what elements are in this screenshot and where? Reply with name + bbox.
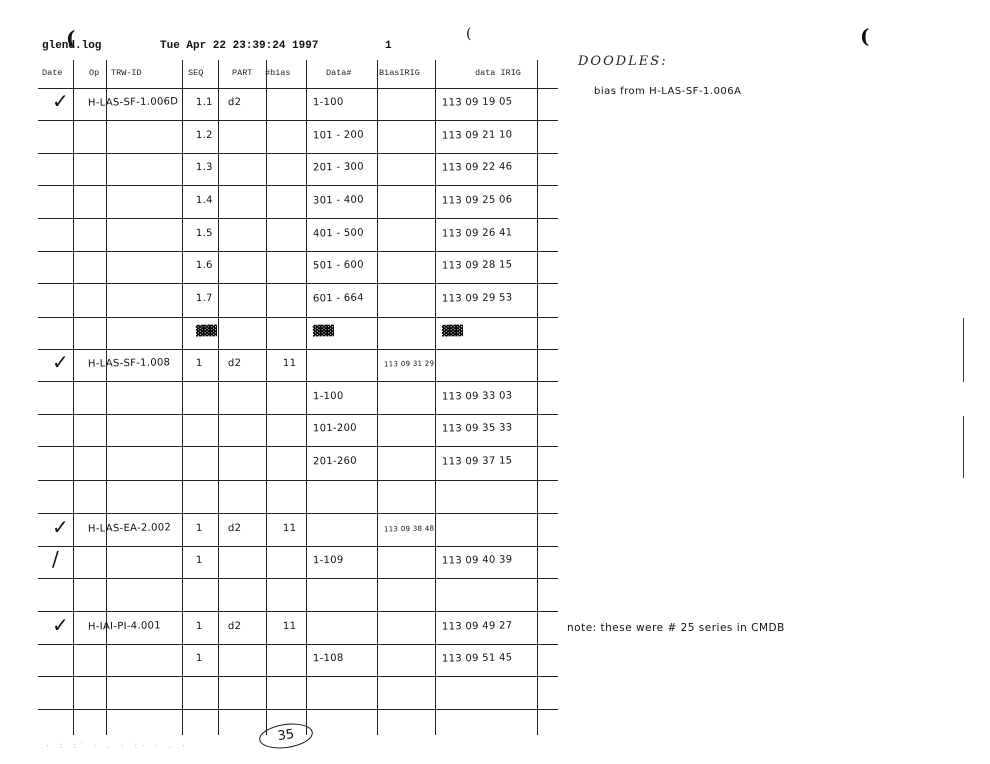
cell-data-irig: 113 09 40 39 (442, 554, 513, 566)
grid-column-line (435, 60, 436, 735)
grid-row-line (38, 88, 558, 89)
punch-hole-mark: ( (466, 26, 471, 42)
cell-data-irig: 113 09 25 06 (442, 194, 513, 206)
col-trw-id: TRW-ID (111, 68, 142, 78)
grid-row-line (38, 349, 558, 350)
cell-bias: 11 (283, 522, 297, 533)
cell-bias: 11 (283, 358, 297, 369)
cell-data: 1-108 (313, 653, 344, 665)
cell-trw-id: H-LAS-EA-2.002 (88, 522, 171, 534)
cell-data: 1-109 (313, 555, 344, 567)
cell-seq: 1 (196, 653, 203, 664)
col-bias-count: #bias (265, 68, 291, 78)
cell-seq: 1.4 (196, 194, 213, 205)
grid-row-line (38, 120, 558, 121)
cell-seq: ▓▓▓ (196, 326, 216, 337)
cell-seq: 1 (196, 522, 203, 533)
cell-data: ▓▓▓ (313, 326, 333, 337)
col-part: PART (232, 68, 252, 78)
grid-row-line (38, 218, 558, 219)
grid-column-line (306, 60, 307, 735)
log-header: glend.log Tue Apr 22 23:39:24 1997 1 (42, 40, 55, 88)
grid-row-line (38, 709, 558, 710)
grid-column-line (182, 60, 183, 735)
cell-data: 101-200 (313, 423, 357, 435)
cell-data: 401 - 500 (313, 227, 364, 239)
checkmark-icon: ✓ (52, 89, 69, 113)
cell-part: d2 (228, 522, 242, 533)
grid-row-line (38, 283, 558, 284)
grid-row-line (38, 185, 558, 186)
grid-row-line (38, 414, 558, 415)
grid-row-line (38, 546, 558, 547)
cell-data: 1-100 (313, 390, 344, 402)
cell-seq: 1.5 (196, 227, 213, 238)
cell-data-irig: ▓▓▓ (442, 326, 462, 337)
grid-row-line (38, 153, 558, 154)
grid-row-line (38, 317, 558, 318)
scan-noise: · : :ʼ · . · :· · . · (45, 742, 188, 751)
grid-row-line (38, 480, 558, 481)
cell-data-irig: 113 09 28 15 (442, 259, 513, 271)
cell-data: 201 - 300 (313, 162, 364, 174)
col-data: Data# (326, 68, 352, 78)
grid-column-line (106, 60, 107, 735)
grid-row-line (38, 578, 558, 579)
cell-data-irig: 113 09 51 45 (442, 652, 513, 664)
checkmark-icon: ✓ (52, 515, 69, 539)
grid-column-line (537, 60, 538, 735)
cell-part: d2 (228, 97, 242, 108)
cell-data-irig: 113 09 19 05 (442, 96, 513, 108)
grid-row-line (38, 251, 558, 252)
notes-bias-from: bias from H-LAS-SF-1.006A (594, 86, 742, 97)
grid-row-line (38, 381, 558, 382)
cell-data-irig: 113 09 49 27 (442, 620, 513, 632)
cell-data-irig: 113 09 26 41 (442, 227, 513, 239)
cell-trw-id: H-IAI-PI-4.001 (88, 620, 161, 632)
margin-mark (963, 416, 964, 478)
log-grid (0, 0, 990, 764)
checkmark-icon: ✓ (52, 613, 69, 637)
cell-data: 601 - 664 (313, 293, 364, 305)
grid-column-line (377, 60, 378, 735)
log-page-number: 1 (385, 40, 392, 52)
cell-data: 101 - 200 (313, 129, 364, 141)
cell-seq: 1.6 (196, 260, 213, 271)
punch-hole-mark: ( (66, 26, 75, 50)
cell-data-irig: 113 09 22 46 (442, 161, 513, 173)
grid-row-line (38, 611, 558, 612)
cell-part: d2 (228, 620, 242, 631)
punch-hole-mark: ( (860, 24, 869, 48)
col-date: Date (42, 68, 62, 78)
grid-row-line (38, 446, 558, 447)
cell-data-irig: 113 09 35 33 (442, 422, 513, 434)
cell-data-irig: 113 09 29 53 (442, 292, 513, 304)
col-data-irig: data IRIG (475, 68, 521, 78)
cell-part: d2 (228, 358, 242, 369)
cell-seq: 1.3 (196, 162, 213, 173)
grid-row-line (38, 513, 558, 514)
notes-series: note: these were # 25 series in CMDB (567, 622, 785, 634)
cell-bias-irig: 113 09 38 48 (384, 524, 434, 533)
checkmark-icon: / (52, 547, 59, 571)
cell-seq: 1 (196, 358, 203, 369)
cell-seq: 1.7 (196, 293, 213, 304)
cell-trw-id: H-LAS-SF-1.008 (88, 357, 170, 369)
checkmark-icon: ✓ (52, 350, 69, 374)
grid-row-line (38, 676, 558, 677)
cell-seq: 1 (196, 555, 203, 566)
cell-data: 501 - 600 (313, 260, 364, 272)
log-datetime: Tue Apr 22 23:39:24 1997 (160, 40, 318, 52)
col-seq: SEQ (188, 68, 203, 78)
cell-data-irig: 113 09 21 10 (442, 129, 513, 141)
cell-seq: 1.2 (196, 129, 213, 140)
cell-data: 201-260 (313, 456, 357, 468)
margin-mark (963, 318, 964, 382)
grid-row-line (38, 644, 558, 645)
cell-seq: 1.1 (196, 97, 213, 108)
cell-data: 301 - 400 (313, 194, 364, 206)
cell-bias: 11 (283, 620, 297, 631)
grid-column-line (73, 60, 74, 735)
col-bias-irig: BiasIRIG (379, 68, 420, 78)
grid-column-line (218, 60, 219, 735)
cell-seq: 1 (196, 620, 203, 631)
col-op: Op (89, 68, 99, 78)
page-number-circled: 35 (258, 720, 315, 751)
notes-title: DOODLES: (578, 54, 668, 69)
cell-data: 1-100 (313, 97, 344, 109)
cell-data-irig: 113 09 33 03 (442, 390, 513, 402)
grid-column-line (266, 60, 267, 735)
cell-data-irig: 113 09 37 15 (442, 455, 513, 467)
cell-trw-id: H-LAS-SF-1.006D (88, 96, 178, 109)
cell-bias-irig: 113 09 31 29 (384, 360, 434, 369)
